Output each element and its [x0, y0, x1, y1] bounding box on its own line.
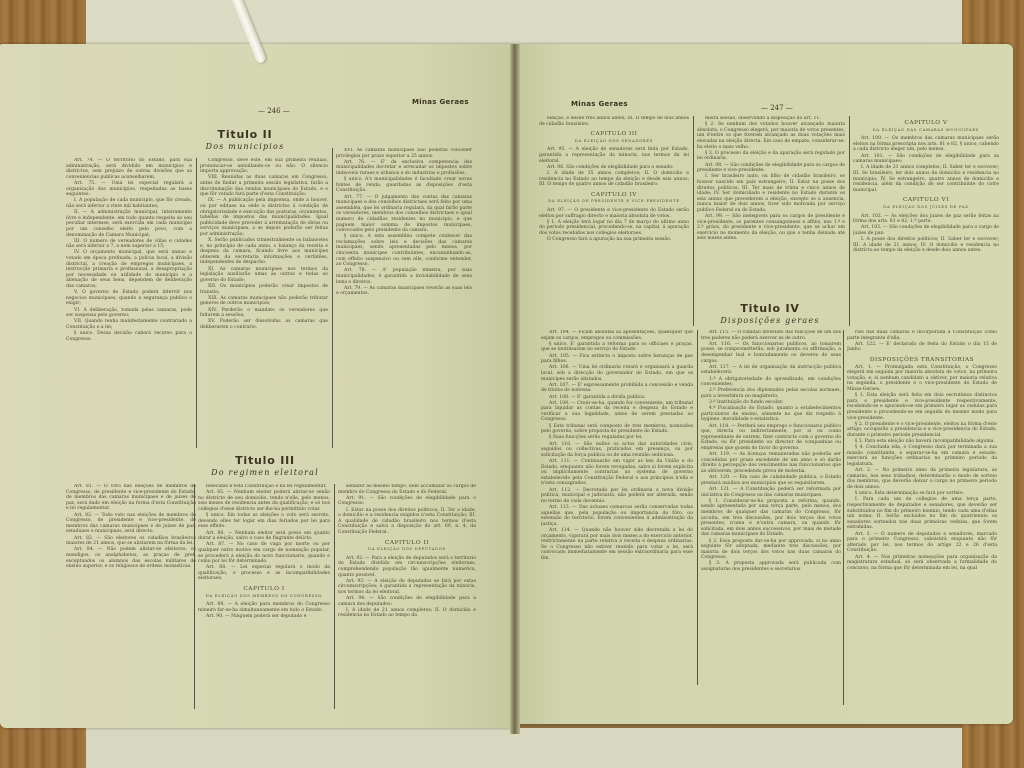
- background-board-bottom: [86, 728, 962, 768]
- text-column: Art. 115. — O cidadão investido das func…: [701, 330, 841, 705]
- chapter-subheading: DA ELEIÇÃO DAS CAMARAS MUNICIPAES: [853, 128, 999, 134]
- text-column: XVI. As camaras municipaes não poderão c…: [336, 148, 472, 448]
- column-rule: [693, 116, 694, 326]
- page-number: — 247 —: [761, 104, 793, 112]
- text-column: Congresso, deve este, em sua primeira re…: [200, 158, 328, 448]
- column-rule: [332, 148, 333, 448]
- right-page: Minas Geraes — 247 — eleição, e desde tr…: [515, 44, 1013, 724]
- left-page: — 246 — Minas Geraes Titulo II Dos munic…: [0, 44, 515, 728]
- chapter-subheading: DA ELEIÇÃO DOS SENADORES: [539, 139, 689, 145]
- running-head: Minas Geraes: [571, 100, 628, 108]
- chapter-heading: CAPITULO IV: [539, 193, 689, 199]
- column-rule: [194, 484, 195, 709]
- column-rule: [334, 484, 335, 709]
- chapter-heading: CAPITULO V: [853, 121, 999, 127]
- column-rule: [196, 158, 197, 448]
- text-column: senador ao mesmo tempo, nem accumular os…: [338, 484, 476, 714]
- column-rule: [697, 330, 698, 685]
- chapter-heading: DISPOSIÇÕES TRANSITORIAS: [847, 358, 997, 364]
- chapter-heading: CAPITULO I: [198, 587, 330, 593]
- chapter-subheading: DA ELEIÇÃO DOS MEMBROS DO CONGRESSO: [198, 594, 330, 600]
- column-rule: [843, 330, 844, 705]
- text-column: belecidas n'esta Constituição e na lei r…: [198, 484, 330, 714]
- section-title: Titulo IV: [655, 302, 885, 315]
- chapter-subheading: DA ELEIÇÃO DE PRESIDENTE E VICE-PRESIDEN…: [539, 199, 689, 205]
- text-column: Art. 104. — Ficam abolidas as aposentaçõ…: [541, 330, 693, 690]
- page-number: — 246 —: [258, 107, 290, 115]
- section-subtitle: Disposições geraes: [655, 316, 885, 325]
- section-title: Titulo II: [130, 128, 360, 141]
- section-title: Titulo III: [150, 454, 380, 467]
- column-rule: [849, 116, 850, 326]
- chapter-subheading: DA ELEIÇÃO DOS JUIZES DE PAZ: [853, 205, 999, 211]
- chapter-subheading: DA ELEIÇÃO DOS DEPUTADOS: [338, 547, 476, 553]
- section-subtitle: Do regimen eleitoral: [150, 468, 380, 477]
- chapter-heading: CAPITULO II: [338, 541, 476, 547]
- section-subtitle: Dos municipios: [130, 142, 360, 151]
- text-column: Art. 74. — O territorio do Estado, para …: [66, 158, 192, 448]
- running-head: Minas Geraes: [412, 98, 469, 106]
- chapter-heading: CAPITULO III: [539, 132, 689, 138]
- text-column: Art. 81. — O voto nas eleições de membro…: [66, 484, 196, 714]
- text-column: rios das duas camaras e incorporada á Co…: [847, 330, 997, 700]
- book-spine-gutter: [510, 44, 520, 734]
- chapter-heading: CAPITULO VI: [853, 198, 999, 204]
